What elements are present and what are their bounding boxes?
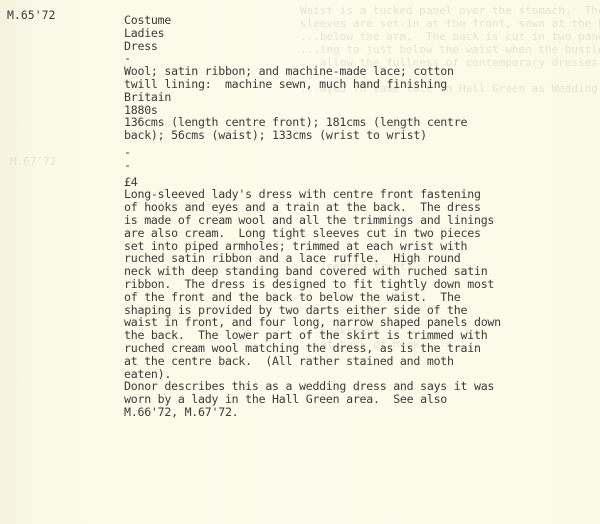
object-name: Dress <box>124 40 594 53</box>
subcategory: Ladies <box>124 27 594 40</box>
description-line: is made of cream wool and all the trimmi… <box>124 214 594 227</box>
description-line: at the centre back. (All rather stained … <box>124 355 594 368</box>
description-line: ribbon. The dress is designed to fit tig… <box>124 278 594 291</box>
notes-line: M.66'72, M.67'72. <box>124 406 594 419</box>
blank-field: - <box>124 146 594 159</box>
category: Costume <box>124 14 594 27</box>
materials-line: twill lining: machine sewn, much hand fi… <box>124 78 594 91</box>
notes-line: worn by a lady in the Hall Green area. S… <box>124 393 594 406</box>
materials: Wool; satin ribbon; and machine-made lac… <box>124 65 594 91</box>
donor-notes: Donor describes this as a wedding dress … <box>124 380 594 418</box>
dimensions: 136cms (length centre front); 181cms (le… <box>124 116 594 142</box>
description: Long-sleeved lady's dress with centre fr… <box>124 188 594 380</box>
description-line: ruched cream wool matching the dress, as… <box>124 342 594 355</box>
dimensions-line: back); 56cms (waist); 133cms (wrist to w… <box>124 129 594 142</box>
blank-field: - <box>124 159 594 172</box>
place-of-origin: Britain <box>124 91 594 104</box>
description-line: of the front and the back to below the w… <box>124 291 594 304</box>
description-line: the back. The lower part of the skirt is… <box>124 329 594 342</box>
accession-number: M.65'72 <box>7 9 55 22</box>
catalogue-entry: Costume Ladies Dress - Wool; satin ribbo… <box>124 14 594 419</box>
description-line: are also cream. Long tight sleeves cut i… <box>124 227 594 240</box>
